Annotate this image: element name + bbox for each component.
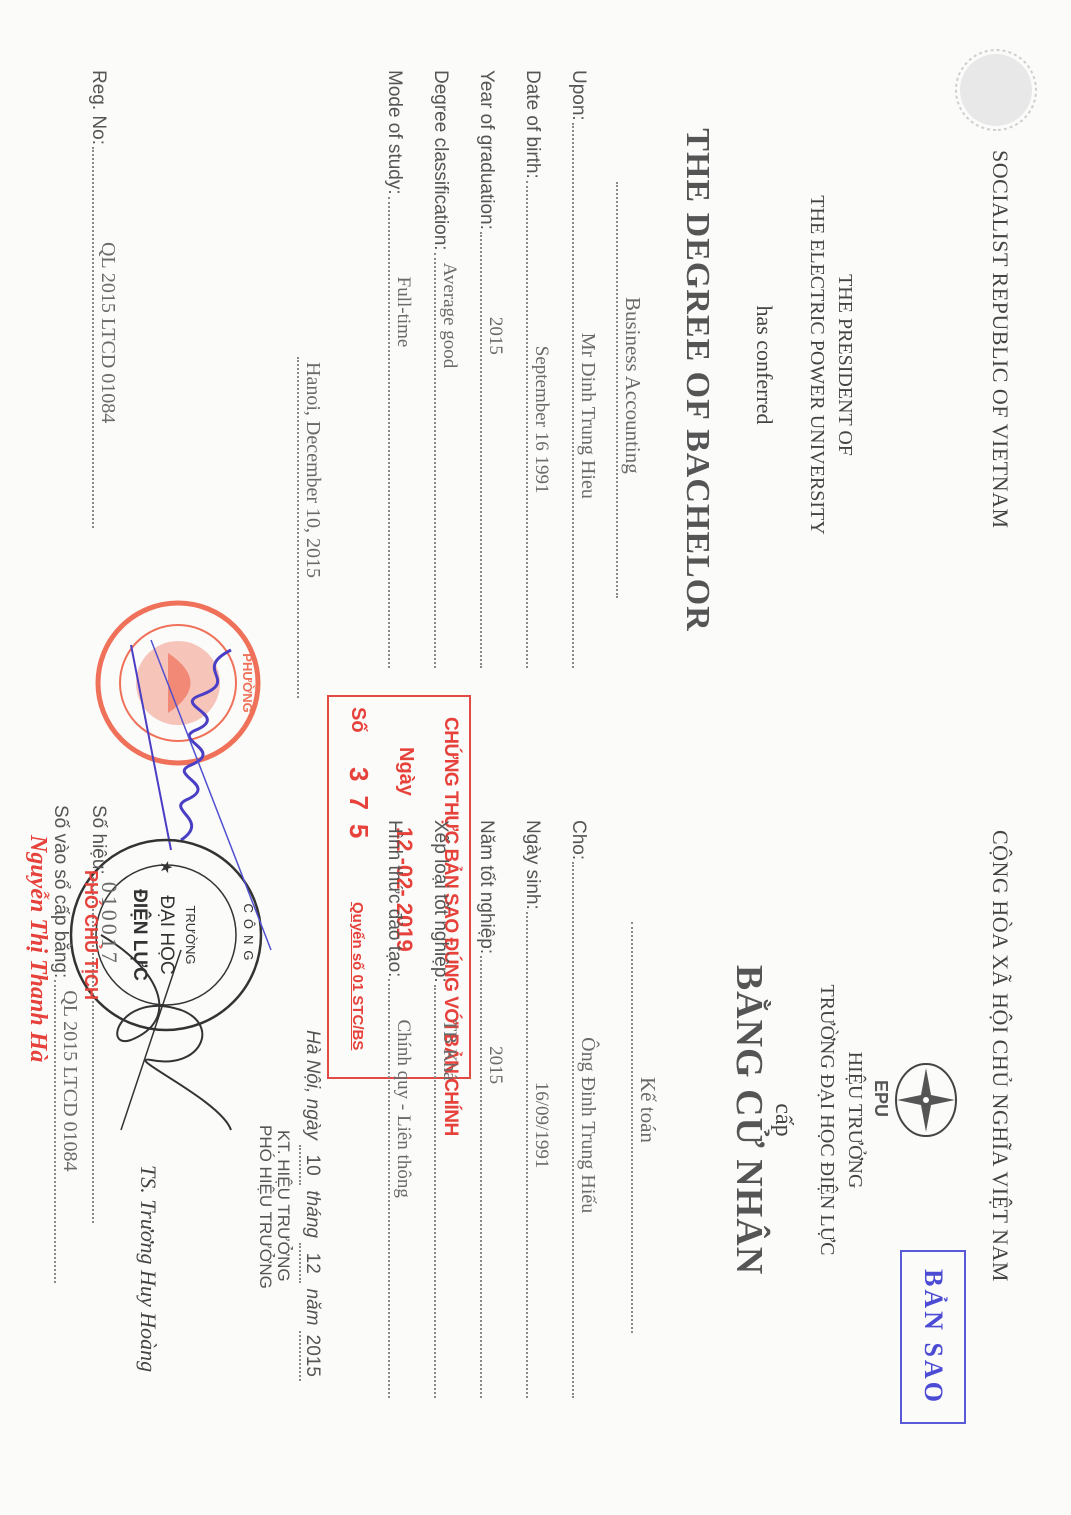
vn-value-year: 2015 [484,1046,506,1084]
cert-stamp-book: Quyển số 01 STC/BS [349,902,366,1050]
vn-value-for: Ông Đinh Trung Hiếu [576,1037,599,1213]
vn-date-year: 2015 [299,1331,323,1381]
vn-conferred: cấp [769,900,796,1340]
cert-stamp-number-label: Số [346,707,369,733]
en-president-line1: THE PRESIDENT OF [833,145,856,585]
vn-degree-title: BẰNG CỬ NHÂN [727,860,771,1380]
vn-field-year: Năm tốt nghiệp: 2015 [475,820,509,1400]
cert-signer-name: Nguyễn Thị Thanh Hà [24,835,51,1062]
vn-logo-text: EPU [870,1080,891,1117]
vn-book-value: QL 2015 LTCD 01084 [58,990,81,1171]
vn-label-for: Cho: [567,820,589,860]
cert-signer-title: PHÓ CHỦ TỊCH [80,870,101,1000]
en-reg-label: Reg. No: [87,70,109,145]
vn-date-year-label: năm [302,1289,323,1326]
vn-date-month-label: tháng [302,1190,323,1238]
vn-field-for: Cho: Ông Đinh Trung Hiếu [567,820,601,1400]
epu-logo-icon [891,1060,961,1140]
en-place-date-line: Hanoi, December 10, 2015 [292,355,326,700]
vn-place-date: Hà Nội, ngày 10 tháng 12 năm 2015 [299,1030,323,1381]
vn-field-mode: Hình thức đào tạo: Chính quy - Liên thôn… [383,820,417,1400]
en-field-class: Degree classification: Average good [429,70,463,670]
en-label-mode: Mode of study: [383,70,405,195]
vn-serial-line: Số hiệu: 010017 [87,805,121,1225]
vn-date-month: 12 [299,1243,323,1283]
en-field-upon: Upon: Mr Dinh Trung Hieu [567,70,601,670]
en-label-class: Degree classification: [429,70,451,251]
en-value-year: 2015 [484,317,506,355]
vn-major-line: Kế toán [626,920,666,1335]
blue-pen-line-icon [141,640,271,960]
vn-label-dob: Ngày sinh: [521,820,543,910]
en-label-upon: Upon: [567,70,589,121]
en-president-line2: THE ELECTRIC POWER UNIVERSITY [805,145,828,585]
vn-book-line: Số vào sổ cấp bằng: QL 2015 LTCD 01084 [49,805,83,1285]
en-value-upon: Mr Dinh Trung Hieu [576,333,599,499]
vn-value-dob: 16/09/1991 [530,1082,552,1169]
en-value-dob: September 16 1991 [530,346,552,494]
copy-stamp-label: BẢN SAO [918,1269,948,1405]
vn-president-line2: TRƯỜNG ĐẠI HỌC ĐIỆN LỰC [815,900,838,1340]
vn-major: Kế toán [635,1077,660,1143]
diploma-page: SOCIALIST REPUBLIC OF VIETNAM THE PRESID… [0,0,1071,1515]
vn-value-class: TB Khá [438,1020,460,1081]
en-field-mode: Mode of study: Full-time [383,70,417,670]
en-degree-title: THE DEGREE OF BACHELOR [678,100,716,660]
en-value-class: Average good [438,263,460,369]
vn-label-year: Năm tốt nghiệp: [475,820,497,954]
vn-signer-title2: PHÓ HIỆU TRƯỞNG [255,1125,275,1289]
vn-field-class: Xếp loại tốt nghiệp: TB Khá [429,820,463,1400]
vn-book-label: Số vào sổ cấp bằng: [49,805,71,978]
en-country: SOCIALIST REPUBLIC OF VIETNAM [987,150,1013,529]
vn-value-mode: Chính quy - Liên thông [392,1019,414,1197]
en-conferred: has conferred [751,145,777,585]
en-reg-line: Reg. No: QL 2015 LTCD 01084 [87,70,121,530]
en-label-year: Year of graduation: [475,70,497,230]
vn-field-dob: Ngày sinh: 16/09/1991 [521,820,555,1400]
en-reg-value: QL 2015 LTCD 01084 [96,242,119,423]
en-value-mode: Full-time [392,277,414,348]
vn-signer-title1: KT. HIỆU TRƯỞNG [273,1130,293,1282]
vn-label-class: Xếp loại tốt nghiệp: [429,820,451,983]
copy-stamp: BẢN SAO [900,1250,966,1424]
vn-president-line1: HIỆU TRƯỞNG [843,900,866,1340]
cert-stamp-date-label: Ngày [394,747,417,796]
vn-signer-name: TS. Trương Huy Hoàng [135,1165,161,1372]
emboss-seal-icon [951,45,1041,135]
vn-label-mode: Hình thức đào tạo: [383,820,405,977]
vn-country: CỘNG HÒA XÃ HỘI CHỦ NGHĨA VIỆT NAM [987,830,1013,1282]
en-label-dob: Date of birth: [521,70,543,179]
en-place-date: Hanoi, December 10, 2015 [301,362,324,578]
en-field-dob: Date of birth: September 16 1991 [521,70,555,670]
vn-date-day: 10 [299,1145,323,1185]
en-major-line: Business Accounting [611,180,651,600]
en-field-year: Year of graduation: 2015 [475,70,509,670]
en-major: Business Accounting [620,297,645,474]
vn-date-prefix: Hà Nội, ngày [302,1030,323,1140]
cert-stamp-number: 375 [343,767,374,852]
vn-serial-label: Số hiệu: [87,805,109,875]
